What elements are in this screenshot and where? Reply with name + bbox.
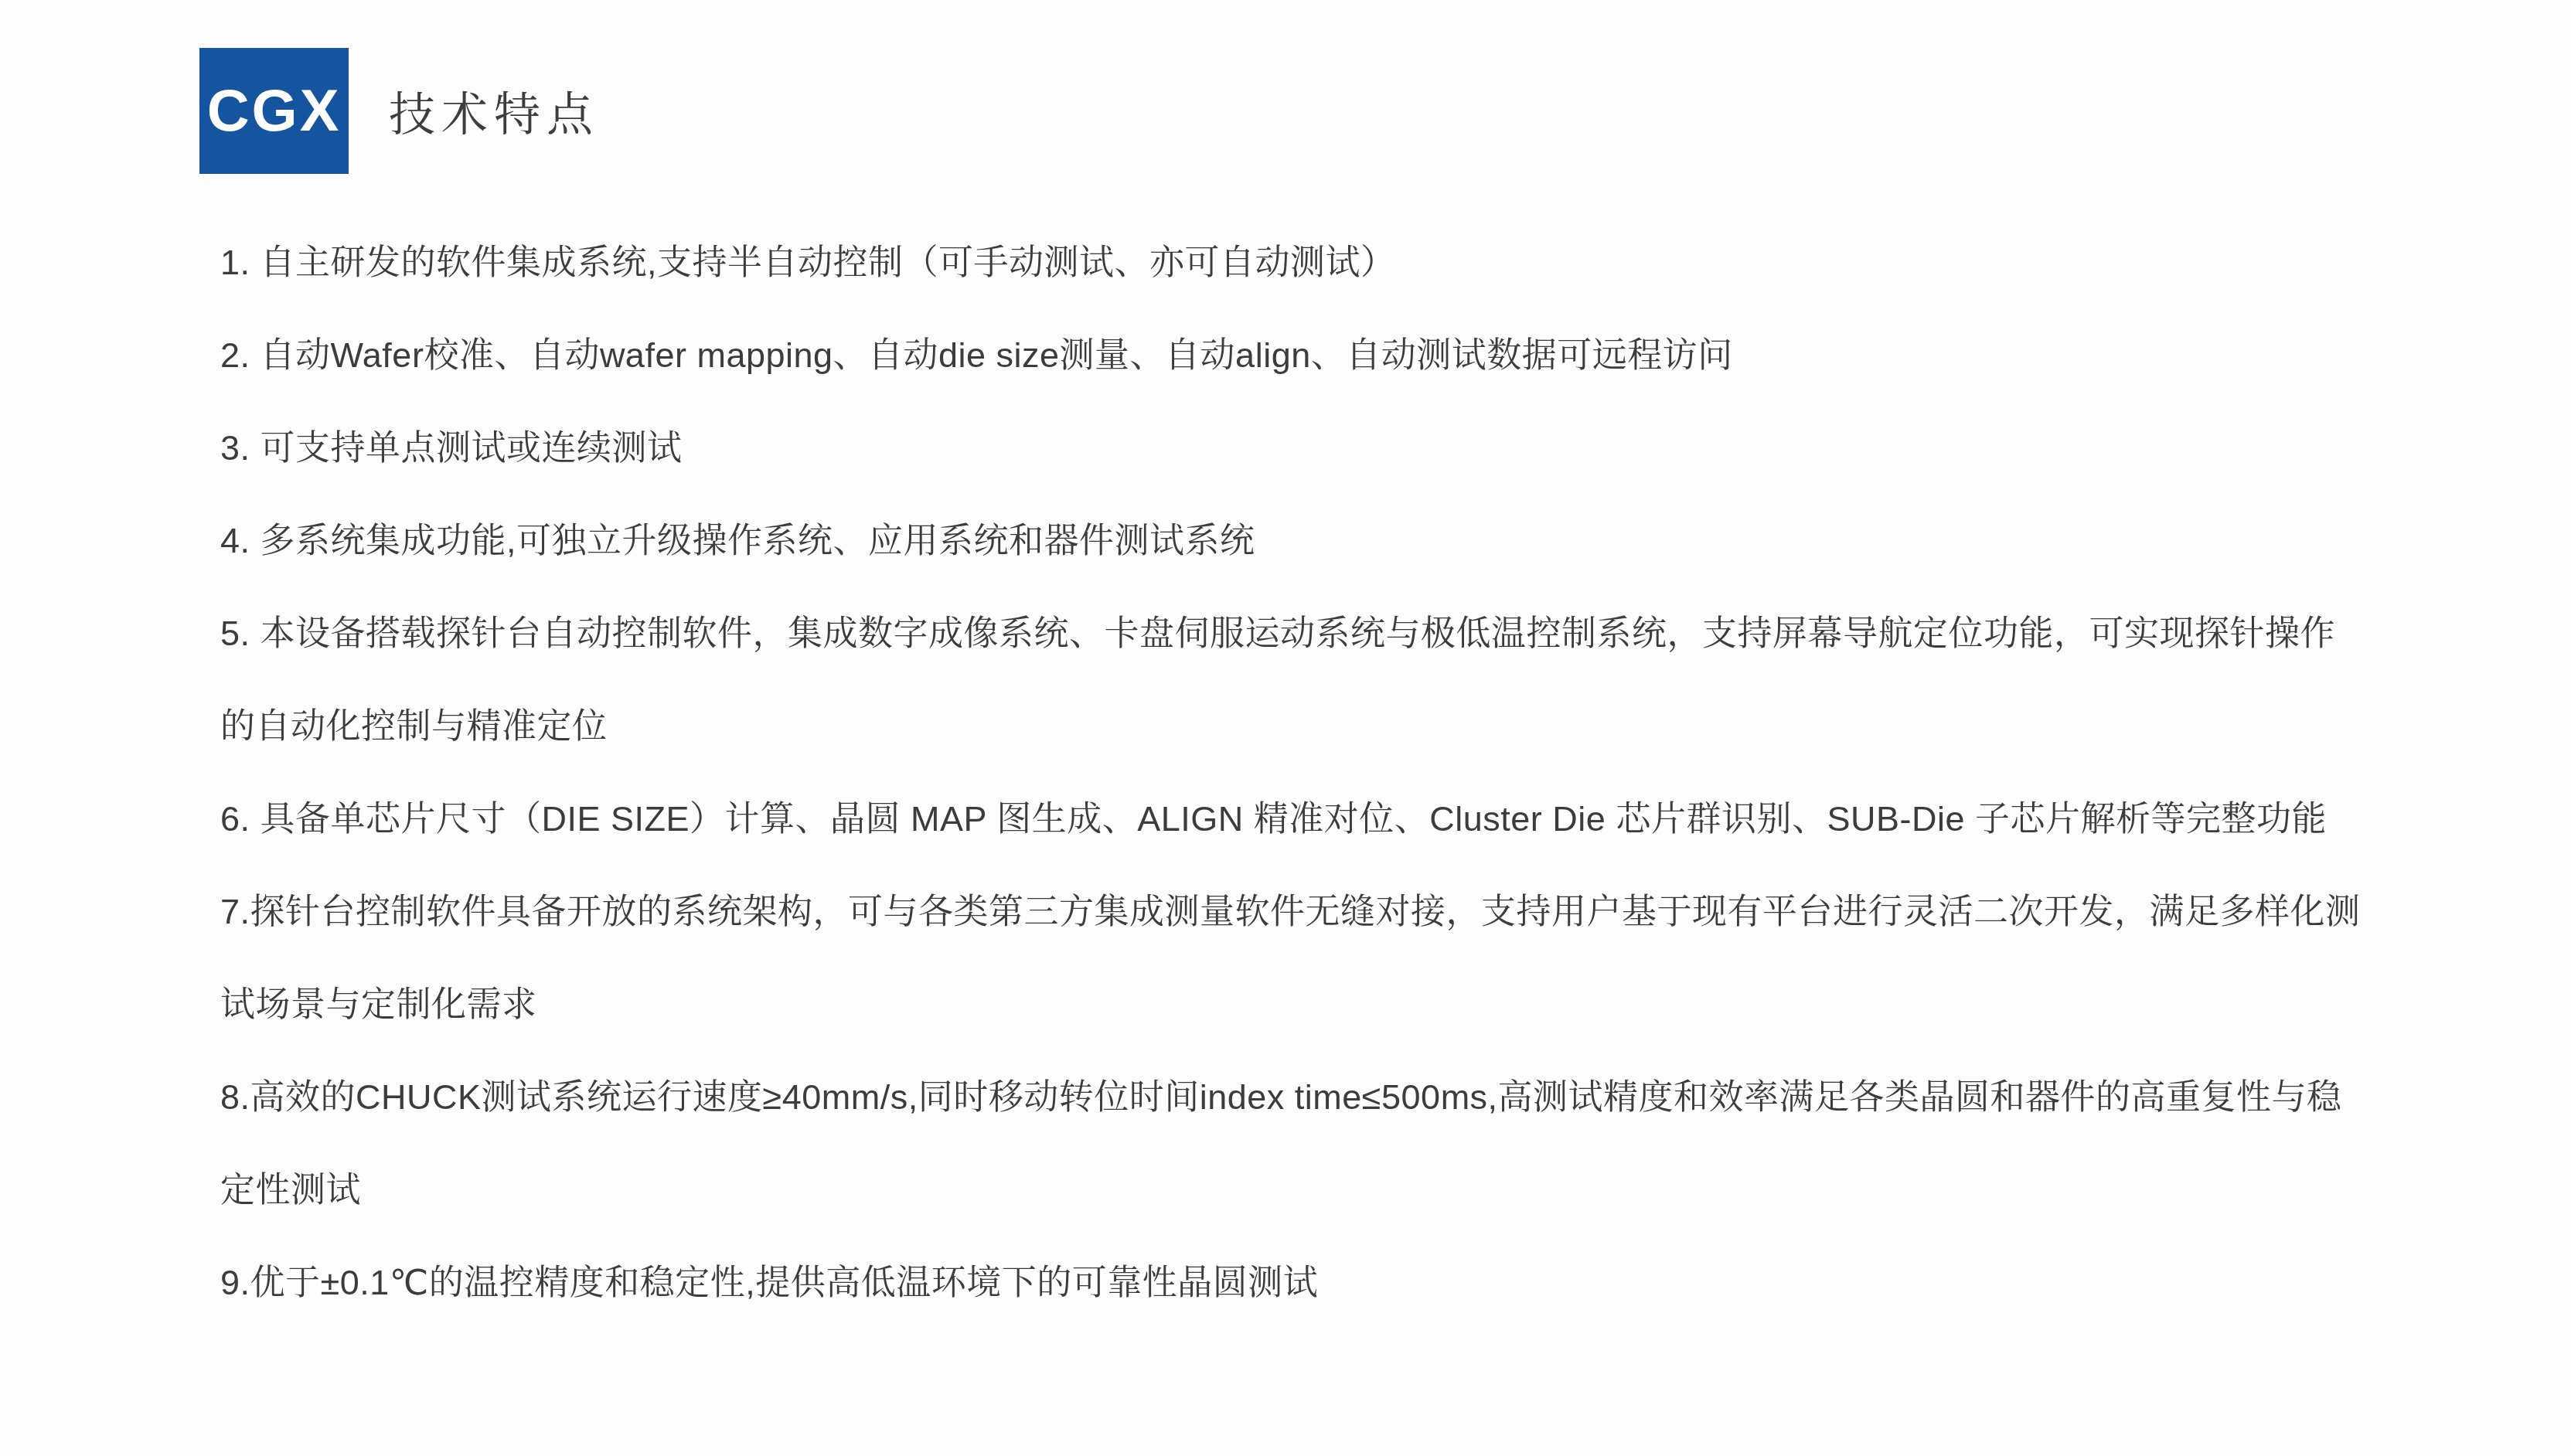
feature-item-7: 7.探针台控制软件具备开放的系统架构，可与各类第三方集成测量软件无缝对接，支持用… — [220, 866, 2362, 1051]
feature-item-2: 2. 自动Wafer校准、自动wafer mapping、自动die size测… — [220, 309, 2362, 402]
feature-item-8: 8.高效的CHUCK测试系统运行速度≥40mm/s,同时移动转位时间index … — [220, 1051, 2362, 1237]
page-title: 技术特点 — [389, 78, 599, 145]
feature-list: 1. 自主研发的软件集成系统,支持半自动控制（可手动测试、亦可自动测试） 2. … — [220, 216, 2362, 1329]
feature-item-1: 1. 自主研发的软件集成系统,支持半自动控制（可手动测试、亦可自动测试） — [220, 216, 2362, 309]
feature-item-6: 6. 具备单芯片尺寸（DIE SIZE）计算、晶圆 MAP 图生成、ALIGN … — [220, 773, 2362, 866]
feature-item-4: 4. 多系统集成功能,可独立升级操作系统、应用系统和器件测试系统 — [220, 495, 2362, 587]
feature-item-5: 5. 本设备搭载探针台自动控制软件，集成数字成像系统、卡盘伺服运动系统与极低温控… — [220, 587, 2362, 773]
page: { "header": { "logo_text": "CGX", "title… — [0, 0, 2571, 1456]
cgx-logo: CGX — [199, 48, 349, 174]
feature-item-3: 3. 可支持单点测试或连续测试 — [220, 402, 2362, 495]
feature-item-9: 9.优于±0.1℃的温控精度和稳定性,提供高低温环境下的可靠性晶圆测试 — [220, 1237, 2362, 1329]
cgx-logo-text: CGX — [207, 77, 342, 145]
header: CGX 技术特点 — [199, 48, 599, 174]
